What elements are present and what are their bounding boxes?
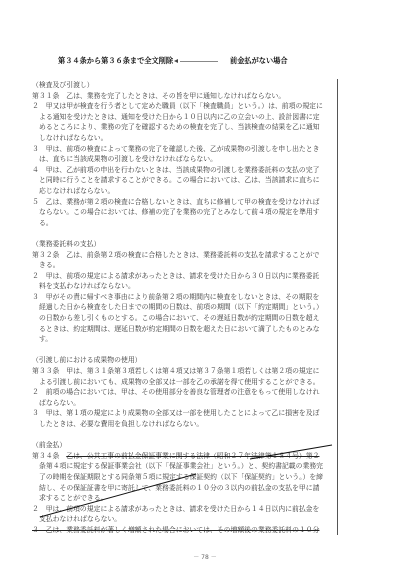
page-number: － 78 － bbox=[0, 552, 410, 561]
paragraph-line: しなければならない。 bbox=[32, 133, 336, 144]
paragraph-line: したときは、必要な費用を負担しなければならない。 bbox=[32, 419, 336, 430]
paragraph-line: は、直ちに当該成果物の引渡しを受けなければならない。 bbox=[32, 154, 336, 165]
paragraph-line: ２ 前項の場合においては、甲は、その使用部分を善良な管理者の注意をもって使用しな… bbox=[32, 387, 336, 398]
section-heading: （前金払） bbox=[32, 440, 336, 451]
paragraph-line: 条第４項に規定する保証事業会社（以下「保証事業会社」という。）と、契約書記載の業… bbox=[32, 461, 336, 472]
paragraph-line: よる引渡し前においても、成果物の全部又は一部を乙の承諾を得て使用することができる… bbox=[32, 377, 336, 388]
paragraph-line: 経過した日から検査をした日までの期間の日数は、前項の期間（以下「約定期間」という… bbox=[32, 302, 336, 313]
paragraph-line: めるところにより、業務の完了を確認するための検査を完了し、当該検査の結果を乙に通… bbox=[32, 122, 336, 133]
paragraph-line: ばならない。 bbox=[32, 398, 336, 409]
paragraph-line: 了の時期を保証期限とする同条第５項に規定する保証契約（以下「保証契約」という。）… bbox=[32, 472, 336, 483]
paragraph-line: ３ 甲がその責に帰すべき事由により前条第２項の期間内に検査をしないときは、その期… bbox=[32, 292, 336, 303]
paragraph-line: ３ 甲は、第１項の規定により成果物の全部又は一部を使用したことによって乙に損害を… bbox=[32, 408, 336, 419]
paragraph-line: ２ 甲又は甲が検査を行う者として定めた職員（以下「検査職員」という。）は、前項の… bbox=[32, 101, 336, 112]
section-heading: （業務委託料の支払） bbox=[32, 239, 336, 250]
paragraph-line: 第３１条 乙は、業務を完了したときは、その旨を甲に通知しなければならない。 bbox=[32, 91, 336, 102]
paragraph-line: きる。 bbox=[32, 260, 336, 271]
paragraph-line: るときは、約定期間は、遅延日数が約定期間の日数を超えた日において満了したものとみ… bbox=[32, 324, 336, 335]
paragraph-line: ３ 甲は、前項の検査によって業務の完了を確認した後、乙が成果物の引渡しを申し出た… bbox=[32, 144, 336, 155]
paragraph-line: 支払わなければならない。 bbox=[32, 514, 336, 525]
condition-note: 前金払がない場合 bbox=[230, 56, 288, 65]
paragraph-line: 料を支払わなければならない。 bbox=[32, 281, 336, 292]
leader-line bbox=[180, 61, 218, 62]
paragraph-line: ２ 甲は、前項の規定による請求があったときは、請求を受けた日から３０日以内に業務… bbox=[32, 271, 336, 282]
spacer bbox=[32, 228, 336, 239]
paragraph-line: 応じなければならない。 bbox=[32, 186, 336, 197]
section-heading: （引渡し前における成果物の使用） bbox=[32, 355, 336, 366]
paragraph-line: る。 bbox=[32, 218, 336, 229]
spacer bbox=[32, 345, 336, 356]
paragraph-line: ならない。この場合においては、修補の完了を業務の完了とみなして前４項の規定を準用… bbox=[32, 207, 336, 218]
revision-instruction: 第３４条から第３６条まで全文削除前金払がない場合 bbox=[58, 56, 288, 66]
paragraph-line: 求することができる。 bbox=[32, 493, 336, 504]
paragraph-line: 第３２条 乙は、前条第２項の検査に合格したときは、業務委託料の支払を請求すること… bbox=[32, 250, 336, 261]
paragraph-line: ２ 甲は、前項の規定による請求があったときは、請求を受けた日から１４日以内に前払… bbox=[32, 504, 336, 515]
section-heading: （検査及び引渡し） bbox=[32, 80, 336, 91]
paragraph-line: ５ 乙は、業務が第２項の検査に合格しないときは、直ちに修補して甲の検査を受けなけ… bbox=[32, 197, 336, 208]
spacer bbox=[32, 430, 336, 441]
deletion-instruction: 第３４条から第３６条まで全文削除 bbox=[58, 56, 173, 65]
paragraph-line: よる通知を受けたときは、通知を受けた日から１０日以内に乙の立会いの上、設計図書に… bbox=[32, 112, 336, 123]
paragraph-line-deleted: ３ 乙は、業務委託料が著しく増額された場合においては、その増額後の業務委託料の１… bbox=[32, 525, 336, 536]
article-number: 第３４条 bbox=[32, 452, 66, 460]
change-bar bbox=[337, 79, 338, 535]
paragraph-line: す。 bbox=[32, 334, 336, 345]
paragraph-line-deleted: 第３４条 乙は、公共工事の前払金保証事業に関する法律（昭和２７年法律第１８４号）… bbox=[32, 451, 336, 462]
arrow-left-icon bbox=[174, 59, 178, 63]
paragraph-line: と同時に行うことを請求することができる。この場合においては、乙は、当該請求に直ち… bbox=[32, 175, 336, 186]
struck-text: 乙は、公共工事の前払金保証事業に関する法律（昭和２７年法律第１８４号）第２ bbox=[66, 452, 319, 460]
paragraph-line: 第３３条 甲は、第３１条第３項若しくは第４項又は第３７条第１項若しくは第２項の規… bbox=[32, 366, 336, 377]
document-body: （検査及び引渡し） 第３１条 乙は、業務を完了したときは、その旨を甲に通知しなけ… bbox=[32, 80, 336, 536]
paragraph-line: ４ 甲は、乙が前項の申出を行わないときは、当該成果物の引渡しを業務委託料の支払の… bbox=[32, 165, 336, 176]
paragraph-line: の日数から差し引くものとする。この場合において、その遅延日数が約定期間の日数を超… bbox=[32, 313, 336, 324]
paragraph-line: 結し、その保証証書を甲に寄託して、業務委託料の１０分の３以内の前払金の支払を甲に… bbox=[32, 483, 336, 494]
